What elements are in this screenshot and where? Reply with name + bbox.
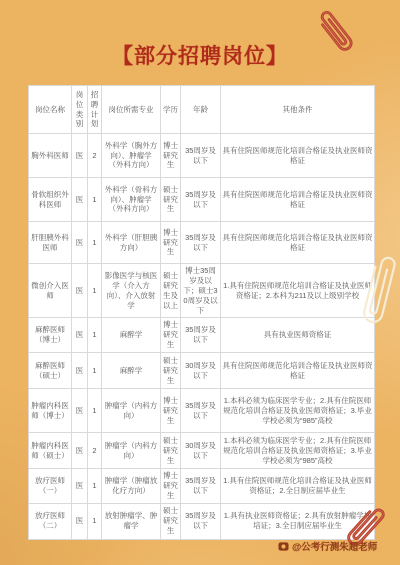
age-cell: 35周岁及以下 [181,318,221,353]
major-cell: 影像医学与核医学（介入方向）、介入放射学 [102,264,161,318]
category-cell: 医 [72,503,88,539]
column-header: 岗位所需专业 [102,86,161,134]
plan-cell: 1 [88,264,102,318]
table-row: 肝胆胰外科医师医1外科学（肝胆胰方向）博士研究生35周岁及以下具有住院医师规范化… [29,222,375,264]
table-header: 岗位名称岗位类别招聘计划岗位所需专业学历年龄其他条件 [29,86,375,134]
age-cell: 35周岁及以下 [181,134,221,178]
recruitment-table: 岗位名称岗位类别招聘计划岗位所需专业学历年龄其他条件 胸外科医师医2外科学（胸外… [28,85,375,540]
table-row: 微创介入医师医1影像医学与核医学（介入方向）、介入放射学硕士研究生及以上博士35… [29,264,375,318]
plan-cell: 1 [88,503,102,539]
table-row: 骨软组织外科医师医1外科学（骨科方向）、肿瘤学（外科方向）硕士研究生35周岁及以… [29,178,375,222]
other-cell: 具有住院医师规范化培训合格证及执业医师资格证 [221,178,375,222]
age-cell: 35周岁及以下 [181,469,221,504]
other-cell: 1.具有住院医师规范化培训合格证及执业医师资格证；2.全日制应届毕业生 [221,469,375,504]
degree-cell: 博士研究生 [161,134,181,178]
name-cell: 骨软组织外科医师 [29,178,72,222]
category-cell: 医 [72,389,88,433]
table-row: 放疗医师（一）医1肿瘤学（肿瘤放化疗方向）博士研究生35周岁及以下1.具有住院医… [29,469,375,504]
category-cell: 医 [72,318,88,353]
major-cell: 放射肿瘤学、肿瘤学 [102,503,161,539]
degree-cell: 硕士研究生 [161,178,181,222]
plan-cell: 2 [88,433,102,469]
degree-cell: 博士研究生 [161,222,181,264]
name-cell: 肝胆胰外科医师 [29,222,72,264]
plan-cell: 1 [88,318,102,353]
table-row: 放疗医师（二）医1放射肿瘤学、肿瘤学硕士研究生35周岁及以下1.具有执业医师资格… [29,503,375,539]
column-header: 学历 [161,86,181,134]
table-row: 胸外科医师医2外科学（胸外方向）、肿瘤学（外科方向）博士研究生35周岁及以下具有… [29,134,375,178]
column-header: 招聘计划 [88,86,102,134]
major-cell: 外科学（肝胆胰方向） [102,222,161,264]
name-cell: 胸外科医师 [29,134,72,178]
category-cell: 医 [72,353,88,389]
watermark: @公考行测朱超老师 [278,539,377,553]
plan-cell: 1 [88,178,102,222]
plan-cell: 1 [88,389,102,433]
name-cell: 放疗医师（一） [29,469,72,504]
watermark-text: @公考行测朱超老师 [292,539,377,553]
column-header: 岗位类别 [72,86,88,134]
major-cell: 外科学（骨科方向）、肿瘤学（外科方向） [102,178,161,222]
header-row: 岗位名称岗位类别招聘计划岗位所需专业学历年龄其他条件 [29,86,375,134]
name-cell: 麻醉医师（硕士） [29,353,72,389]
major-cell: 麻醉学 [102,318,161,353]
degree-cell: 博士研究生 [161,469,181,504]
category-cell: 医 [72,178,88,222]
category-cell: 医 [72,433,88,469]
age-cell: 博士35周岁及以下；硕士30周岁及以下 [181,264,221,318]
major-cell: 肿瘤学（内科方向） [102,433,161,469]
plan-cell: 2 [88,134,102,178]
age-cell: 30周岁及以下 [181,433,221,469]
age-cell: 35周岁及以下 [181,222,221,264]
major-cell: 外科学（胸外方向）、肿瘤学（外科方向） [102,134,161,178]
name-cell: 微创介入医师 [29,264,72,318]
other-cell: 具有住院医师规范化培训合格证及执业医师资格证 [221,353,375,389]
age-cell: 35周岁及以下 [181,178,221,222]
name-cell: 麻醉医师（博士） [29,318,72,353]
degree-cell: 硕士研究生 [161,353,181,389]
name-cell: 肿瘤内科医师（硕士） [29,433,72,469]
watermark-badge-icon [278,541,289,552]
plan-cell: 1 [88,353,102,389]
age-cell: 30周岁及以下 [181,353,221,389]
category-cell: 医 [72,222,88,264]
other-cell: 1.本科必须为临床医学专业；2.具有住院医师规范化培训合格证及执业医师资格证；3… [221,433,375,469]
major-cell: 肿瘤学（肿瘤放化疗方向） [102,469,161,504]
plan-cell: 1 [88,222,102,264]
poster-canvas: 【部分招聘岗位】 岗位名称岗位类别招聘计划岗位所需专业学历年龄其他条件 胸外科医… [0,0,400,565]
category-cell: 医 [72,469,88,504]
degree-cell: 博士研究生 [161,318,181,353]
other-cell: 具有住院医师规范化培训合格证及执业医师资格证 [221,222,375,264]
name-cell: 放疗医师（二） [29,503,72,539]
column-header: 年龄 [181,86,221,134]
degree-cell: 硕士研究生及以上 [161,264,181,318]
column-header: 岗位名称 [29,86,72,134]
other-cell: 具有住院医师规范化培训合格证及执业医师资格证 [221,134,375,178]
column-header: 其他条件 [221,86,375,134]
other-cell: 1.本科必须为临床医学专业；2.具有住院医师规范化培训合格证及执业医师资格证；3… [221,389,375,433]
age-cell: 35周岁及以下 [181,503,221,539]
category-cell: 医 [72,134,88,178]
degree-cell: 硕士研究生 [161,503,181,539]
major-cell: 麻醉学 [102,353,161,389]
category-cell: 医 [72,264,88,318]
age-cell: 35周岁及以下 [181,389,221,433]
table-row: 肿瘤内科医师（硕士）医2肿瘤学（内科方向）硕士研究生30周岁及以下1.本科必须为… [29,433,375,469]
table-row: 肿瘤内科医师（博士）医1肿瘤学（内科方向）博士研究生35周岁及以下1.本科必须为… [29,389,375,433]
table-row: 麻醉医师（硕士）医1麻醉学硕士研究生30周岁及以下具有住院医师规范化培训合格证及… [29,353,375,389]
table-body: 胸外科医师医2外科学（胸外方向）、肿瘤学（外科方向）博士研究生35周岁及以下具有… [29,134,375,540]
degree-cell: 博士研究生 [161,389,181,433]
plan-cell: 1 [88,469,102,504]
major-cell: 肿瘤学（内科方向） [102,389,161,433]
table-row: 麻醉医师（博士）医1麻醉学博士研究生35周岁及以下具有执业医师资格证 [29,318,375,353]
degree-cell: 硕士研究生 [161,433,181,469]
name-cell: 肿瘤内科医师（博士） [29,389,72,433]
